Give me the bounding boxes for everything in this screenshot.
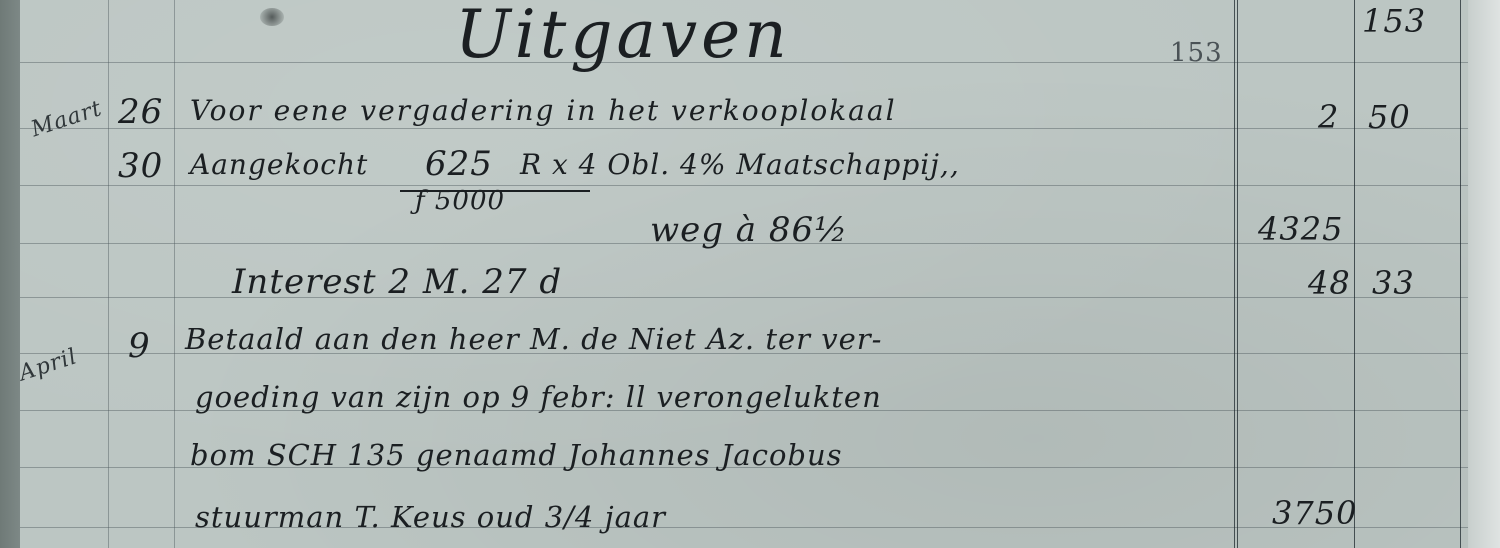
total-column-rule: [1354, 0, 1355, 548]
entry-description-line: goeding van zijn op 9 febr: ll verongelu…: [195, 380, 882, 414]
page-number: 153: [1362, 2, 1426, 40]
subtotal-amount: 3750: [1272, 494, 1357, 532]
ruled-line: [20, 185, 1468, 186]
entry-description-cont: R x 4 Obl. 4% Maatschappij,,: [520, 148, 960, 181]
page-edge-rule: [1460, 0, 1461, 548]
entry-description-line: Betaald aan den heer M. de Niet Az. ter …: [185, 322, 882, 356]
ledger-title: Uitgaven: [455, 0, 791, 73]
entry-description: Voor eene vergadering in het verkooploka…: [190, 94, 897, 127]
entry-description-line: bom SCH 135 genaamd Johannes Jacobus: [190, 438, 843, 472]
purchase-rate: weg à 86½: [650, 210, 848, 250]
subtotal-amount: 2: [1318, 98, 1339, 136]
fraction-numerator: 625: [425, 144, 493, 184]
subtotal-column-rule: [1234, 0, 1238, 548]
entry-day: 26: [118, 92, 163, 132]
total-cents: 33: [1372, 264, 1415, 302]
total-cents: 50: [1368, 98, 1411, 136]
subtotal-amount: 4325: [1258, 210, 1343, 248]
pencil-page-number: 153: [1170, 38, 1223, 68]
entry-day: 30: [118, 146, 163, 186]
day-column-rule: [174, 0, 175, 548]
entry-description: Interest 2 M. 27 d: [232, 262, 562, 302]
subtotal-amount: 48: [1308, 264, 1351, 302]
ink-stain: [260, 8, 284, 26]
entry-description: Aangekocht: [190, 148, 368, 181]
entry-description-line: stuurman T. Keus oud 3/4 jaar: [195, 500, 666, 534]
ruled-line: [20, 128, 1468, 129]
entry-day: 9: [128, 326, 151, 366]
month-column-rule: [108, 0, 109, 548]
fraction-denominator: ƒ 5000: [415, 186, 505, 216]
